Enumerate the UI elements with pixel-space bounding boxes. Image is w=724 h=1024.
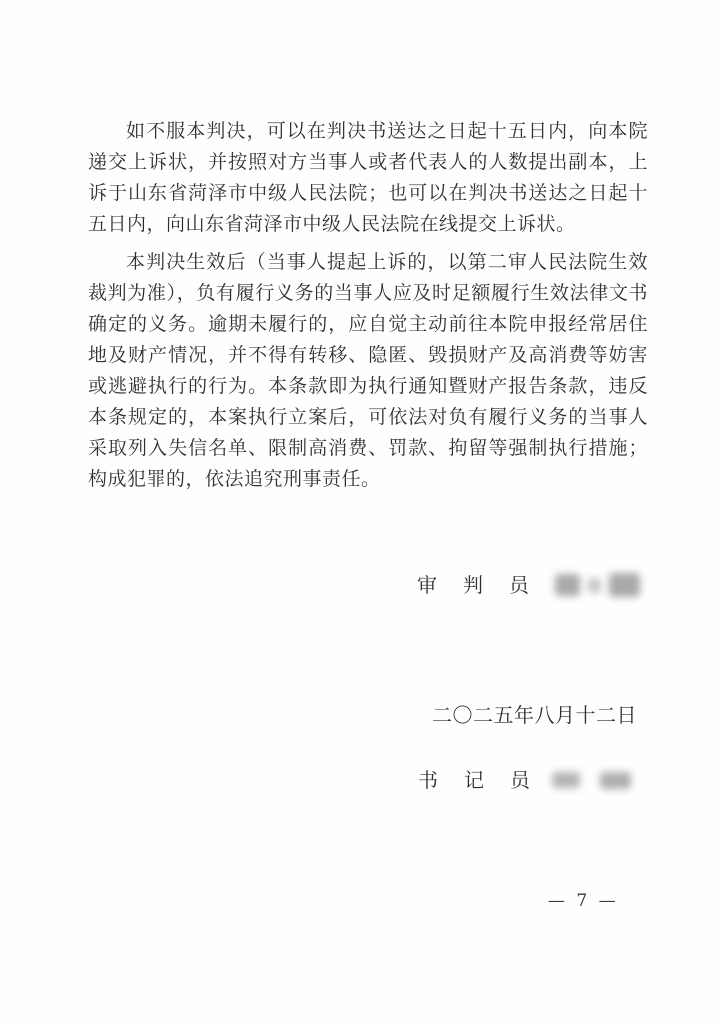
redacted-glyph [555,574,580,596]
redacted-glyph [609,573,640,597]
judgment-date: 二〇二五年八月十二日 [432,701,637,729]
judgment-page: 如不服本判决，可以在判决书送达之日起十五日内，向本院递交上诉状，并按照对方当事人… [0,0,724,1024]
clerk-title-label: 书记员 [418,765,556,795]
judge-name-redacted [555,573,640,597]
enforcement-obligations-paragraph: 本判决生效后（当事人提起上诉的，以第二审人民法院生效裁判为准），负有履行义务的当… [88,247,648,495]
redacted-glyph [588,578,601,593]
redacted-glyph [600,772,631,789]
judgment-body: 如不服本判决，可以在判决书送达之日起十五日内，向本院递交上诉状，并按照对方当事人… [88,116,648,495]
page-number: — 7 — [548,890,619,912]
judge-signature-row: 审判员 [417,570,640,600]
redacted-glyph [552,772,580,788]
appeal-instructions-paragraph: 如不服本判决，可以在判决书送达之日起十五日内，向本院递交上诉状，并按照对方当事人… [88,116,648,240]
clerk-signature-row: 书记员 [418,765,631,795]
judge-title-label: 审判员 [417,570,555,600]
clerk-name-redacted [552,772,631,789]
